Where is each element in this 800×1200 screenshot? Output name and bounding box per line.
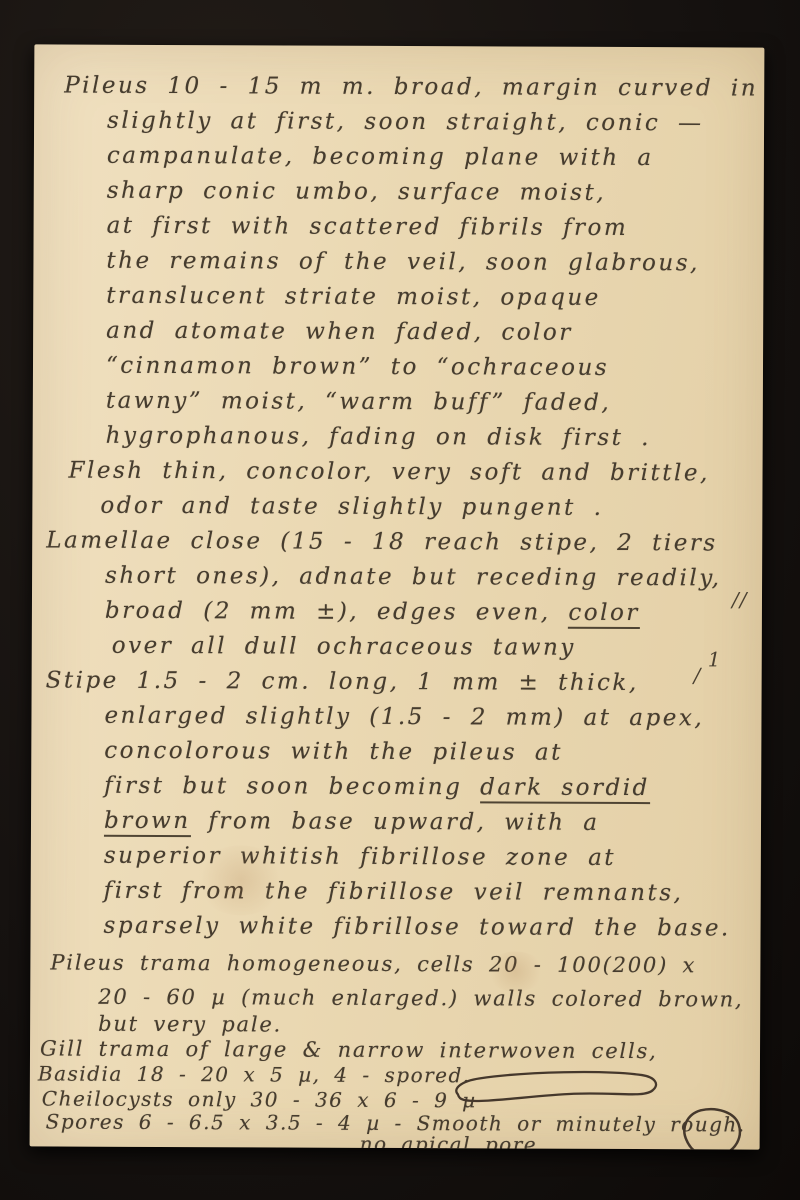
handwritten-line: 20 - 60 µ (much enlarged.) walls colored… — [98, 982, 742, 1015]
handwritten-line: first from the fibrillose veil remnants, — [104, 874, 743, 912]
handwritten-line: tawny” moist, “warm buff” faded, — [106, 384, 745, 422]
handwritten-line: but very pale. — [98, 1012, 742, 1039]
handwritten-line: Pileus 10 - 15 m m. broad, margin curved… — [64, 69, 746, 107]
index-card: Pileus 10 - 15 m m. broad, margin curved… — [30, 44, 765, 1149]
handwritten-line: “cinnamon brown” to “ochraceous — [106, 349, 745, 387]
stray-ink-mark: 1 — [708, 647, 722, 671]
handwritten-line: sparsely white fibrillose toward the bas… — [103, 909, 742, 947]
spore-outline-sketch — [678, 1105, 746, 1149]
handwritten-line: enlarged slightly (1.5 - 2 mm) at apex, — [104, 699, 743, 737]
handwritten-line: Stipe 1.5 - 2 cm. long, 1 mm ± thick, — [46, 663, 744, 701]
stray-ink-mark: ∕ — [694, 663, 702, 687]
handwritten-line: campanulate, becoming plane with a — [107, 139, 746, 177]
handwritten-line: Lamellae close (15 - 18 reach stipe, 2 t… — [46, 523, 744, 561]
handwritten-line: Flesh thin, concolor, very soft and brit… — [68, 454, 744, 492]
cystidium-outline-sketch — [450, 1068, 665, 1111]
handwritten-line: and atomate when faded, color — [106, 314, 745, 352]
handwritten-line: over all dull ochraceous tawny — [112, 629, 744, 667]
handwritten-line: slightly at first, soon straight, conic … — [107, 104, 746, 142]
handwritten-line: hygrophanous, fading on disk first . — [106, 419, 745, 457]
handwritten-line: translucent striate moist, opaque — [106, 279, 745, 317]
handwritten-line: Pileus trama homogeneous, cells 20 - 100… — [50, 943, 742, 984]
handwritten-line: at first with scattered fibrils from — [107, 209, 746, 247]
handwritten-line: superior whitish fibrillose zone at — [104, 839, 743, 877]
handwritten-line: short ones), adnate but receding readily… — [105, 559, 744, 597]
handwritten-line: Gill trama of large & narrow interwoven … — [40, 1035, 742, 1064]
handwritten-line: the remains of the veil, soon glabrous, — [106, 244, 745, 282]
handwritten-line: sharp conic umbo, surface moist, — [107, 174, 746, 212]
handwritten-line: broad (2 mm ±), edges even, color — [105, 594, 744, 632]
handwritten-line: first but soon becoming dark sordid — [104, 769, 743, 807]
handwritten-line: brown from base upward, with a — [104, 804, 743, 842]
stray-ink-mark: ∕∕ — [732, 587, 748, 611]
handwritten-line: odor and taste slightly pungent . — [100, 489, 744, 527]
handwritten-line: concolorous with the pileus at — [104, 734, 743, 772]
